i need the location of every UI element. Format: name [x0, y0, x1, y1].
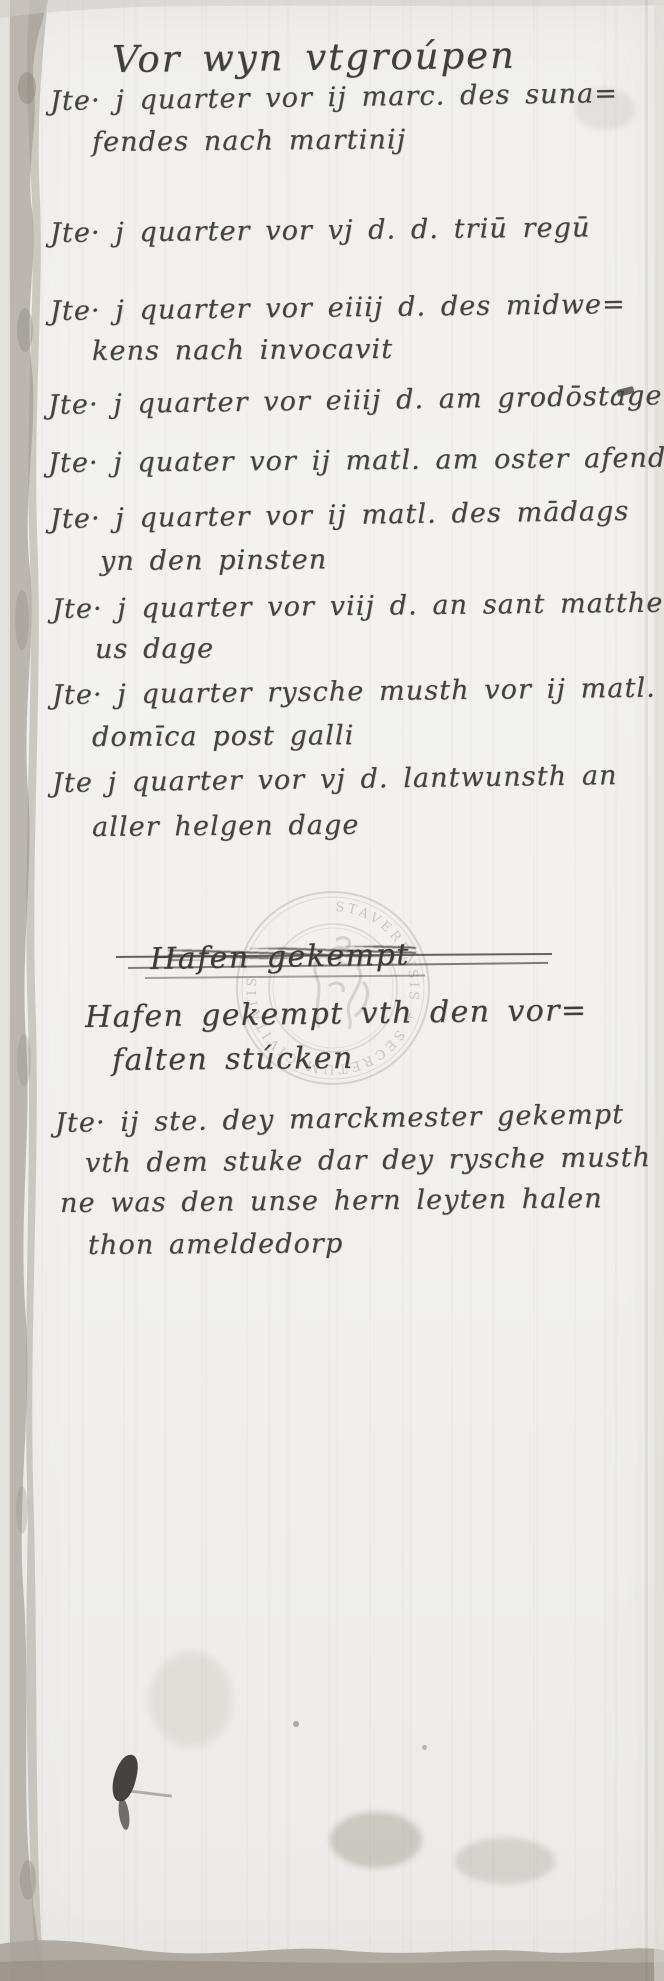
entry-line: Jte· j quarter vor vj d. d. triū regū [50, 212, 591, 249]
entry-line: Jte· j quarter vor ij matl. des mādags [50, 496, 630, 535]
top-edge-shadow [0, 0, 664, 18]
entry-line: domīca post galli [92, 720, 355, 753]
entry-line: aller helgen dage [92, 810, 360, 843]
section-subheading: Hafen gekempt vth den vor= [85, 993, 588, 1035]
page-heading: Vor wyn vtgroúpen [112, 34, 516, 81]
edge-blotch [15, 590, 29, 650]
stain [150, 1652, 232, 1747]
right-edge-strip [654, 0, 664, 1981]
section-subheading: falten stúcken [112, 1041, 354, 1078]
stain [455, 1838, 555, 1884]
entry-line: Jte· j quarter vor viij d. an sant matth… [52, 587, 664, 625]
speck [293, 1721, 299, 1727]
entry-line: vth dem stuke dar dey rysche musth yn= [85, 1141, 664, 1179]
edge-blotch [17, 308, 33, 352]
ink-drip [117, 1797, 131, 1830]
entry-line: Jte· j quarter vor eiiij d. am grodōstag… [48, 380, 663, 421]
entry-line: Jte· j quarter rysche musth vor ij matl. [52, 673, 656, 711]
entry-line: Jte j quarter vor vj d. lantwunsth an [52, 760, 618, 799]
manuscript-page-scan: STAVERENSIS + SECRETUM CIVITATIS Vor wyn… [0, 0, 664, 1981]
torn-left-edge-inner [26, 0, 48, 1981]
entry-line: yn den pinsten [100, 544, 327, 577]
torn-bottom-edge [0, 1940, 664, 1981]
stain [330, 1812, 422, 1868]
edge-blotch [17, 1034, 31, 1086]
entry-line: ne was den unse hern leyten halen [60, 1183, 603, 1219]
entry-line: Jte· j quater vor ij matl. am oster afen… [48, 442, 664, 479]
ink-smear [128, 1789, 172, 1797]
entry-line: thon ameldedorp [88, 1228, 343, 1261]
edge-blotch [18, 72, 36, 104]
entry-line: fendes nach martinij [92, 124, 406, 158]
edge-blotch [20, 1860, 36, 1900]
entry-line: Jte· j quarter vor eiiij d. des midwe= [50, 289, 626, 327]
speck [422, 1745, 427, 1750]
scan-margin-strip [0, 0, 10, 1981]
torn-left-edge [8, 0, 48, 1981]
entry-line: Jte· ij ste. dey marckmester gekempt [55, 1099, 625, 1139]
torn-bottom-edge-dark [0, 1960, 664, 1981]
edge-blotch [16, 1486, 28, 1534]
right-crease-line [645, 0, 648, 1981]
entry-line: kens nach invocavit [92, 334, 393, 367]
ink-blot [109, 1752, 140, 1804]
entry-line: us dage [95, 633, 214, 665]
entry-line: Jte· j quarter vor ij marc. des suna= [50, 78, 618, 117]
